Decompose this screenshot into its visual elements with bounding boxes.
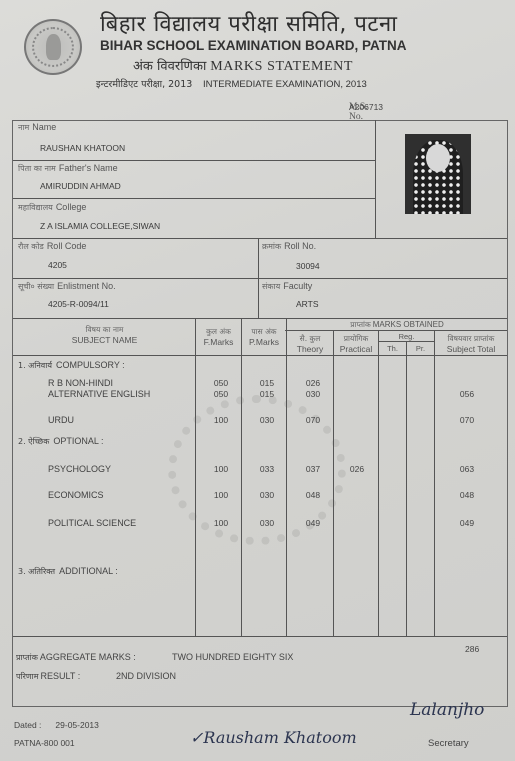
aggregate-value: 286 [465, 644, 479, 654]
student-photo [405, 134, 471, 214]
column-divider [406, 341, 407, 636]
cell-pmarks: 015 [252, 378, 282, 388]
faculty: ARTS [296, 299, 319, 309]
cell-pmarks: 015 [252, 389, 282, 399]
cell-total: 063 [452, 464, 482, 474]
dated: Dated :29-05-2013 [14, 720, 99, 730]
header-full-marks: कुल अंकF.Marks [196, 326, 241, 348]
cell-total: 070 [452, 415, 482, 425]
document-title-hindi: अंक विवरणिका [133, 59, 206, 74]
table-header-divider [13, 355, 507, 356]
board-seal-icon [24, 19, 82, 75]
cell-total: 048 [452, 490, 482, 500]
header-subject-total: विषयवार प्राप्तांकSubject Total [435, 333, 507, 355]
cell-theory: 070 [298, 415, 328, 425]
cell-fmarks: 100 [206, 415, 236, 425]
address: PATNA-800 001 [14, 738, 75, 748]
ms-number-label: M.S. No. [349, 102, 367, 122]
header-practical: प्रायोगिकPractical [334, 333, 378, 355]
header-reg-practical: Pr. [407, 343, 434, 354]
name-label: नामName [18, 122, 56, 133]
roll-no-label: क्रमांकRoll No. [262, 241, 316, 252]
father-name: AMIRUDDIN AHMAD [40, 181, 121, 191]
divider [13, 160, 375, 161]
cell-practical: 026 [342, 464, 372, 474]
secretary-signature: Lalanjho [410, 700, 484, 720]
faculty-label: संकायFaculty [262, 281, 312, 292]
document-title: अंक विवरणिका MARKS STATEMENT [133, 56, 353, 75]
divider [13, 238, 507, 239]
section-additional: 3. अतिरिक्तADDITIONAL : [18, 566, 118, 577]
document-title-english: MARKS STATEMENT [210, 59, 353, 74]
subject-name: PSYCHOLOGY [48, 464, 111, 474]
column-divider [195, 318, 196, 636]
header-subject-name: विषय का नामSUBJECT NAME [14, 324, 195, 346]
student-name: RAUSHAN KHATOON [40, 143, 125, 153]
enlistment-no: 4205-R-0094/11 [48, 299, 109, 309]
secretary-label: Secretary [428, 738, 469, 749]
cell-theory: 048 [298, 490, 328, 500]
header-marks-obtained: प्राप्तांकMARKS OBTAINED [287, 319, 507, 330]
exam-title-hindi: इन्टरमीडिएट परीक्षा, 2013 [96, 79, 192, 90]
column-divider [241, 318, 242, 636]
result-value: 2ND DIVISION [116, 671, 176, 681]
board-title-hindi: बिहार विद्यालय परीक्षा समिति, पटना [100, 8, 397, 38]
exam-title: इन्टरमीडिएट परीक्षा, 2013 INTERMEDIATE E… [96, 77, 367, 90]
cell-fmarks: 100 [206, 518, 236, 528]
header-pass-marks: पास अंकP.Marks [242, 326, 286, 348]
aggregate-label: प्राप्तांकAGGREGATE MARKS : [16, 652, 136, 663]
exam-title-english: INTERMEDIATE EXAMINATION, 2013 [203, 79, 367, 90]
cell-total: 049 [452, 518, 482, 528]
subject-name: ECONOMICS [48, 490, 104, 500]
cell-theory: 026 [298, 378, 328, 388]
subject-name: ALTERNATIVE ENGLISH [48, 389, 150, 399]
photo-face [426, 144, 450, 172]
subject-name: URDU [48, 415, 74, 425]
divider [13, 198, 375, 199]
cell-fmarks: 050 [206, 378, 236, 388]
table-bottom-divider [13, 636, 507, 637]
header-reg: Reg. [379, 331, 434, 342]
roll-code: 4205 [48, 260, 67, 270]
cell-pmarks: 033 [252, 464, 282, 474]
column-divider [286, 318, 287, 636]
college-label: महाविद्यालयCollege [18, 202, 86, 213]
enlistment-label: सूची० संख्याEnlistment No. [18, 281, 116, 292]
college-name: Z A ISLAMIA COLLEGE,SIWAN [40, 221, 160, 231]
cell-theory: 030 [298, 389, 328, 399]
cell-total: 056 [452, 389, 482, 399]
roll-code-label: रौल कोडRoll Code [18, 241, 86, 252]
cell-pmarks: 030 [252, 518, 282, 528]
column-divider [378, 330, 379, 636]
section-optional: 2. ऐच्छिकOPTIONAL : [18, 436, 104, 447]
board-title-english: BIHAR SCHOOL EXAMINATION BOARD, PATNA [100, 38, 407, 53]
header-theory: सै. कुलTheory [287, 333, 333, 355]
father-name-label: पिता का नामFather's Name [18, 163, 118, 174]
ms-number: M.S. No. A206713 [349, 102, 383, 112]
cell-pmarks: 030 [252, 415, 282, 425]
section-compulsory: 1. अनिवार्यCOMPULSORY : [18, 360, 125, 371]
divider [258, 238, 259, 318]
cell-fmarks: 050 [206, 389, 236, 399]
result-label: परिणामRESULT : [16, 671, 80, 682]
column-divider [434, 330, 435, 636]
subject-name: POLITICAL SCIENCE [48, 518, 136, 528]
student-signature: ✓Rausham Khatoom [190, 728, 357, 747]
divider [13, 278, 507, 279]
cell-fmarks: 100 [206, 464, 236, 474]
aggregate-words: TWO HUNDRED EIGHTY SIX [172, 652, 293, 662]
cell-fmarks: 100 [206, 490, 236, 500]
cell-theory: 049 [298, 518, 328, 528]
subject-name: R B NON-HINDI [48, 378, 113, 388]
cell-pmarks: 030 [252, 490, 282, 500]
roll-no: 30094 [296, 261, 320, 271]
column-divider [333, 330, 334, 636]
cell-theory: 037 [298, 464, 328, 474]
divider [375, 120, 376, 238]
header-reg-theory: Th. [379, 343, 406, 354]
